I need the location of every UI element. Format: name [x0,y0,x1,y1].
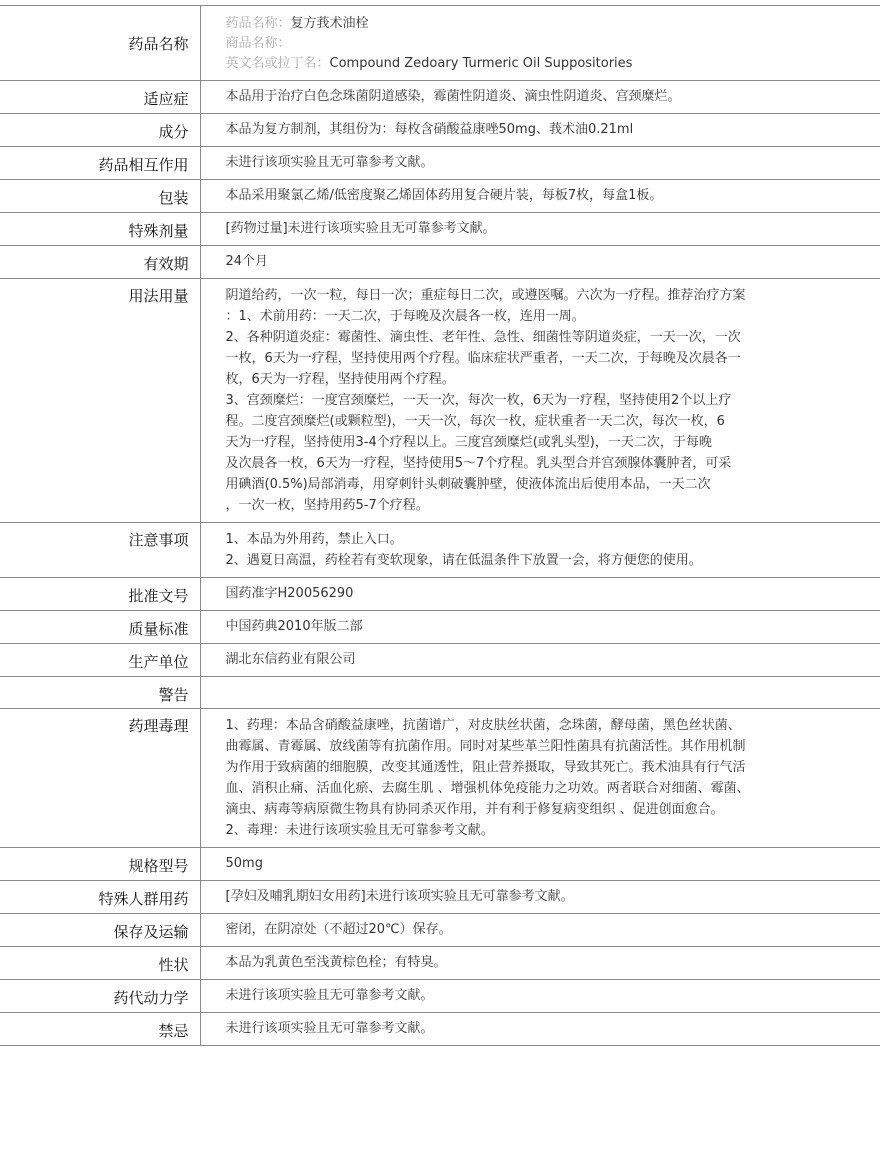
value-line: 曲霉属、青霉属、放线菌等有抗菌作用。同时对某些革兰阳性菌具有抗菌活性。其作用机制 [226,736,880,757]
table-row: 性状本品为乳黄色至浅黄棕色栓；有特臭。 [0,947,880,980]
row-value: 本品采用聚氯乙烯/低密度聚乙烯固体药用复合硬片装，每板7枚，每盒1板。 [200,180,880,213]
label-drug-name: 药品名称 [0,6,189,54]
value-line: 枚，6天为一疗程，坚持使用两个疗程。 [226,369,880,390]
value-line: 本品采用聚氯乙烯/低密度聚乙烯固体药用复合硬片装，每板7枚，每盒1板。 [226,187,880,205]
value-line: 未进行该项实验且无可靠参考文献。 [226,987,880,1005]
row-value: 未进行该项实验且无可靠参考文献。 [200,147,880,180]
table-row: 生产单位湖北东信药业有限公司 [0,644,880,677]
value-line: 2、遇夏日高温，药栓若有变软现象，请在低温条件下放置一会，将方便您的使用。 [226,550,880,571]
table-row: 注意事项1、本品为外用药，禁止入口。2、遇夏日高温，药栓若有变软现象，请在低温条… [0,523,880,578]
row-label-text: 质量标准 [0,611,189,639]
row-label-text: 保存及运输 [0,914,189,942]
table-row: 药品相互作用未进行该项实验且无可靠参考文献。 [0,147,880,180]
table-row: 特殊人群用药[孕妇及哺乳期妇女用药]未进行该项实验且无可靠参考文献。 [0,881,880,914]
table-row: 包装本品采用聚氯乙烯/低密度聚乙烯固体药用复合硬片装，每板7枚，每盒1板。 [0,180,880,213]
row-label-text: 药理毒理 [0,709,189,736]
row-value: 中国药典2010年版二部 [200,611,880,644]
table-row: 药理毒理1、药理：本品含硝酸益康唑，抗菌谱广，对皮肤丝状菌，念珠菌，酵母菌，黑色… [0,709,880,848]
row-label: 批准文号 [0,578,200,611]
drug-spec-table: 药品名称 药品名称：复方莪术油栓 商品名称： 英文名或拉丁名：Compound … [0,5,880,1046]
english-name-line: 英文名或拉丁名：Compound Zedoary Turmeric Oil Su… [226,54,880,74]
row-value: 1、药理：本品含硝酸益康唑，抗菌谱广，对皮肤丝状菌，念珠菌，酵母菌，黑色丝状菌、… [200,709,880,848]
row-label-text: 注意事项 [0,523,189,550]
table-row: 禁忌未进行该项实验且无可靠参考文献。 [0,1013,880,1046]
value-line: 本品为乳黄色至浅黄棕色栓；有特臭。 [226,954,880,972]
row-label: 警告 [0,677,200,709]
row-value: 阴道给药，一次一粒，每日一次；重症每日二次，或遵医嘱。六次为一疗程。推荐治疗方案… [200,279,880,523]
row-label-text: 有效期 [0,246,189,274]
row-label-text: 用法用量 [0,279,189,306]
row-label-text: 成分 [0,114,189,142]
row-value: 本品为乳黄色至浅黄棕色栓；有特臭。 [200,947,880,980]
value-line: 1、药理：本品含硝酸益康唑，抗菌谱广，对皮肤丝状菌，念珠菌，酵母菌，黑色丝状菌、 [226,715,880,736]
row-label: 药品相互作用 [0,147,200,180]
value-line: ：1、术前用药：一天二次，于每晚及次晨各一枚，连用一周。 [226,306,880,327]
value-line: 国药准字H20056290 [226,585,880,603]
row-label: 药品名称 [0,6,200,81]
table-row: 规格型号50mg [0,848,880,881]
row-label-text: 药品相互作用 [0,147,189,175]
value-line: 及次晨各一枚，6天为一疗程，坚持使用5～7个疗程。乳头型合并宫颈腺体囊肿者，可采 [226,453,880,474]
row-label-text: 特殊剂量 [0,213,189,241]
value-line: 未进行该项实验且无可靠参考文献。 [226,154,880,172]
table-row: 适应症本品用于治疗白色念珠菌阴道感染，霉菌性阴道炎、滴虫性阴道炎、宫颈糜烂。 [0,81,880,114]
row-label-text: 特殊人群用药 [0,881,189,909]
row-label: 药代动力学 [0,980,200,1013]
row-label: 保存及运输 [0,914,200,947]
table-row: 特殊剂量[药物过量]未进行该项实验且无可靠参考文献。 [0,213,880,246]
row-value: 国药准字H20056290 [200,578,880,611]
row-label: 药理毒理 [0,709,200,848]
row-value: 24个月 [200,246,880,279]
generic-name-line: 药品名称：复方莪术油栓 [226,14,880,34]
value-line: 2、各种阴道炎症：霉菌性、滴虫性、老年性、急性、细菌性等阴道炎症，一天一次，一次 [226,327,880,348]
table-row: 药代动力学未进行该项实验且无可靠参考文献。 [0,980,880,1013]
table-row: 保存及运输密闭，在阴凉处（不超过20℃）保存。 [0,914,880,947]
generic-name-value: 复方莪术油栓 [291,16,369,31]
row-label: 质量标准 [0,611,200,644]
value-line: 血、消积止痛、活血化瘀、去腐生肌 、增强机体免疫能力之功效。两者联合对细菌、霉菌… [226,778,880,799]
row-label: 成分 [0,114,200,147]
value-line: 2、毒理：未进行该项实验且无可靠参考文献。 [226,820,880,841]
row-drug-name: 药品名称 药品名称：复方莪术油栓 商品名称： 英文名或拉丁名：Compound … [0,6,880,81]
value-line: 中国药典2010年版二部 [226,618,880,636]
table-row: 成分本品为复方制剂，其组份为：每枚含硝酸益康唑50mg、莪术油0.21ml [0,114,880,147]
value-line: 滴虫、病毒等病原微生物具有协同杀灭作用，并有利于修复病变组织 、促进创面愈合。 [226,799,880,820]
row-label: 生产单位 [0,644,200,677]
trade-name-line: 商品名称： [226,34,880,54]
row-label-text: 性状 [0,947,189,975]
row-label-text: 药代动力学 [0,980,189,1008]
value-line: [药物过量]未进行该项实验且无可靠参考文献。 [226,220,880,238]
row-value: 密闭，在阴凉处（不超过20℃）保存。 [200,914,880,947]
trade-name-label: 商品名称： [226,36,291,51]
row-value: 未进行该项实验且无可靠参考文献。 [200,1013,880,1046]
table-row: 用法用量阴道给药，一次一粒，每日一次；重症每日二次，或遵医嘱。六次为一疗程。推荐… [0,279,880,523]
row-value: 50mg [200,848,880,881]
english-name-label: 英文名或拉丁名： [226,56,330,71]
row-label: 适应症 [0,81,200,114]
value-line: 湖北东信药业有限公司 [226,651,880,669]
row-value: [药物过量]未进行该项实验且无可靠参考文献。 [200,213,880,246]
row-label-text: 适应症 [0,81,189,109]
row-value: [孕妇及哺乳期妇女用药]未进行该项实验且无可靠参考文献。 [200,881,880,914]
row-value: 本品为复方制剂，其组份为：每枚含硝酸益康唑50mg、莪术油0.21ml [200,114,880,147]
table-row: 批准文号国药准字H20056290 [0,578,880,611]
row-label: 有效期 [0,246,200,279]
row-label-text: 警告 [0,677,189,705]
value-line: 密闭，在阴凉处（不超过20℃）保存。 [226,921,880,939]
row-label: 特殊人群用药 [0,881,200,914]
value-line: 本品用于治疗白色念珠菌阴道感染，霉菌性阴道炎、滴虫性阴道炎、宫颈糜烂。 [226,88,880,106]
value-line: 为作用于致病菌的细胞膜，改变其通透性，阻止营养摄取，导致其死亡。莪术油具有行气活 [226,757,880,778]
value-line: 一枚，6天为一疗程，坚持使用两个疗程。临床症状严重者，一天二次，于每晚及次晨各一 [226,348,880,369]
row-label: 禁忌 [0,1013,200,1046]
row-label: 注意事项 [0,523,200,578]
row-label-text: 规格型号 [0,848,189,876]
value-line: [孕妇及哺乳期妇女用药]未进行该项实验且无可靠参考文献。 [226,888,880,906]
value-line: 1、本品为外用药，禁止入口。 [226,529,880,550]
row-label-text: 包装 [0,180,189,208]
row-label: 规格型号 [0,848,200,881]
value-line: 未进行该项实验且无可靠参考文献。 [226,1020,880,1038]
value-line: ，一次一枚，坚持用药5-7个疗程。 [226,495,880,516]
row-label-text: 生产单位 [0,644,189,672]
value-line: 天为一疗程，坚持使用3-4个疗程以上。三度宫颈糜烂(或乳头型)，一天二次，于每晚 [226,432,880,453]
row-label: 用法用量 [0,279,200,523]
row-value: 湖北东信药业有限公司 [200,644,880,677]
value-line: 阴道给药，一次一粒，每日一次；重症每日二次，或遵医嘱。六次为一疗程。推荐治疗方案 [226,285,880,306]
row-label-text: 禁忌 [0,1013,189,1041]
value-line: 程。二度宫颈糜烂(或颗粒型)，一天一次，每次一枚，症状重者一天二次，每次一枚，6 [226,411,880,432]
row-label: 特殊剂量 [0,213,200,246]
value-line: 用碘酒(0.5%)局部消毒，用穿刺针头刺破囊肿壁，使液体流出后使用本品，一天二次 [226,474,880,495]
row-label: 性状 [0,947,200,980]
row-value: 药品名称：复方莪术油栓 商品名称： 英文名或拉丁名：Compound Zedoa… [200,6,880,81]
row-label: 包装 [0,180,200,213]
table-row: 有效期24个月 [0,246,880,279]
value-line: 24个月 [226,253,880,271]
row-value: 1、本品为外用药，禁止入口。2、遇夏日高温，药栓若有变软现象，请在低温条件下放置… [200,523,880,578]
generic-name-label: 药品名称： [226,16,291,31]
english-name-value: Compound Zedoary Turmeric Oil Suppositor… [330,56,633,71]
value-line: 本品为复方制剂，其组份为：每枚含硝酸益康唑50mg、莪术油0.21ml [226,121,880,139]
table-row: 警告 [0,677,880,709]
table-row: 质量标准中国药典2010年版二部 [0,611,880,644]
row-value [200,677,880,709]
value-line: 3、宫颈糜烂：一度宫颈糜烂，一天一次，每次一枚，6天为一疗程，坚持使用2个以上疗 [226,390,880,411]
row-label-text: 批准文号 [0,578,189,606]
row-value: 未进行该项实验且无可靠参考文献。 [200,980,880,1013]
value-line: 50mg [226,855,880,873]
row-value: 本品用于治疗白色念珠菌阴道感染，霉菌性阴道炎、滴虫性阴道炎、宫颈糜烂。 [200,81,880,114]
